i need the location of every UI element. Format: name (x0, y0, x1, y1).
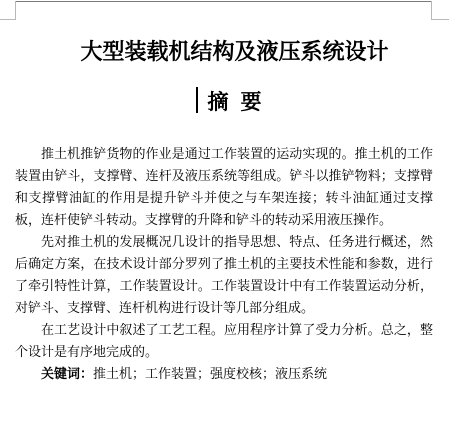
abstract-paragraph-1[interactable]: 推土机推铲货物的作业是通过工作装置的运动实现的。推土机的工作装置由铲斗，支撑臂、… (15, 144, 433, 232)
keywords-label: 关键词： (41, 367, 93, 382)
abstract-paragraph-2[interactable]: 先对推土机的发展概况几设计的指导思想、特点、任务进行概述，然后确定方案，在技术设… (15, 232, 433, 320)
document-title: 大型装载机结构及液压系统设计 (0, 35, 469, 66)
text-cursor (196, 87, 198, 113)
right-margin-mark-vertical (431, 1, 432, 20)
document-body[interactable]: 推土机推铲货物的作业是通过工作装置的运动实现的。推土机的工作装置由铲斗，支撑臂、… (15, 144, 433, 386)
abstract-heading-char-1: 摘 (208, 89, 229, 114)
abstract-heading-char-2: 要 (241, 89, 262, 114)
left-margin-mark-horizontal (0, 19, 16, 20)
abstract-heading: 摘要 (0, 86, 469, 116)
left-margin-mark-vertical (15, 1, 16, 20)
keywords-value: 推土机；工作装置；强度校核；液压系统 (93, 367, 327, 382)
abstract-paragraph-3[interactable]: 在工艺设计中叙述了工艺工程。应用程序计算了受力分析。总之，整个设计是有序地完成的… (15, 320, 433, 364)
right-margin-mark-horizontal (431, 19, 449, 20)
keywords-line[interactable]: 关键词：推土机；工作装置；强度校核；液压系统 (15, 364, 433, 386)
page-top-edge (16, 1, 431, 2)
